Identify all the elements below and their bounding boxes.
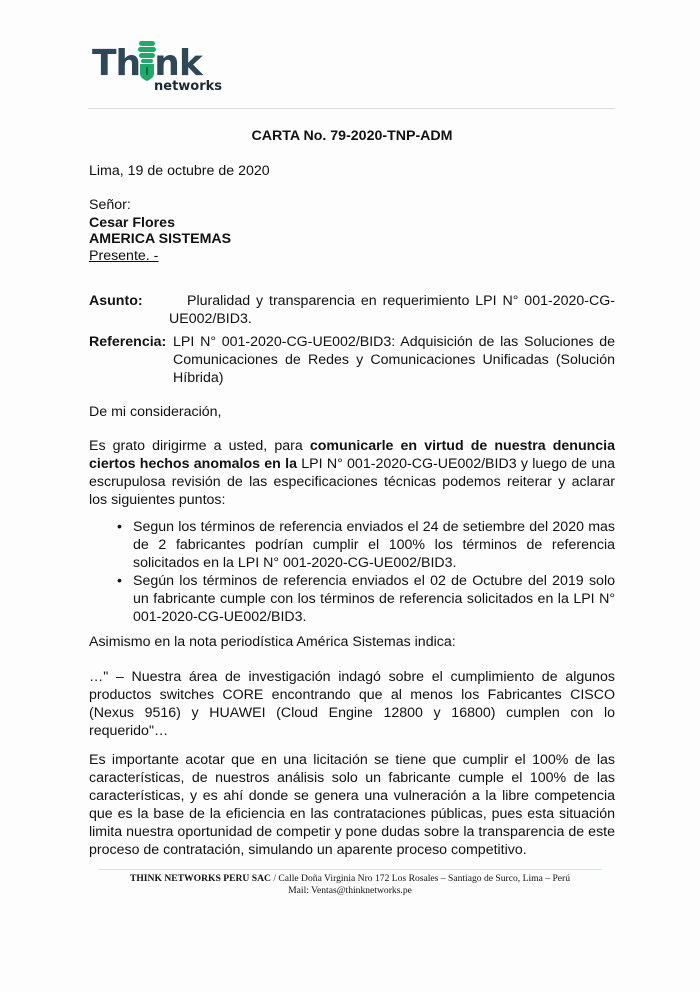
footer-divider — [98, 869, 602, 870]
bullet-icon: • — [117, 572, 122, 590]
letter-date: Lima, 19 de octubre de 2020 — [89, 162, 270, 180]
footer-address-line: THINK NETWORKS PERU SAC / Calle Doña Vir… — [0, 873, 700, 885]
nota-intro: Asimismo en la nota periodística América… — [89, 633, 456, 651]
company-logo: Thnk networks — [92, 40, 212, 100]
letter-title: CARTA No. 79-2020-TNP-ADM — [89, 127, 615, 145]
bullet-icon: • — [117, 518, 122, 536]
subject-value: Pluralidad y transparencia en requerimie… — [169, 292, 615, 328]
list-item-text: Segun los términos de referencia enviado… — [133, 519, 615, 571]
logo-subtext: networks — [154, 80, 222, 94]
presente-line: Presente. - — [89, 247, 158, 265]
intro-paragraph: Es grato dirigirme a usted, para comunic… — [89, 437, 615, 509]
salutation-label: Señor: — [89, 196, 131, 214]
logo-text-suffix: nk — [154, 43, 202, 84]
reference-value: LPI N° 001-2020-CG-UE002/BID3: Adquisici… — [173, 333, 615, 387]
greeting: De mi consideración, — [89, 403, 221, 421]
points-list: •Segun los términos de referencia enviad… — [89, 518, 615, 626]
closing-paragraph: Es importante acotar que en una licitaci… — [89, 751, 615, 859]
footer-address: / Calle Doña Virginia Nro 172 Los Rosale… — [271, 873, 570, 884]
list-item: •Segun los términos de referencia enviad… — [89, 518, 615, 572]
letter-footer: THINK NETWORKS PERU SAC / Calle Doña Vir… — [0, 873, 700, 897]
recipient-company: AMERICA SISTEMAS — [89, 230, 231, 248]
footer-company: THINK NETWORKS PERU SAC — [130, 873, 271, 884]
reference-row: Referencia: LPI N° 001-2020-CG-UE002/BID… — [89, 333, 615, 387]
list-item: •Según los términos de referencia enviad… — [89, 572, 615, 626]
header-divider — [88, 108, 615, 109]
reference-label: Referencia: — [89, 333, 173, 387]
lightbulb-icon — [136, 40, 158, 82]
intro-text-1: Es grato dirigirme a usted, para — [89, 438, 310, 454]
subject-row: Asunto: Pluralidad y transparencia en re… — [89, 292, 615, 328]
footer-mail: Mail: Ventas@thinknetworks.pe — [0, 885, 700, 897]
logo-text-prefix: Th — [92, 43, 140, 84]
quoted-text: …" – Nuestra área de investigación indag… — [89, 668, 615, 740]
subject-label: Asunto: — [89, 292, 169, 328]
list-item-text: Según los términos de referencia enviado… — [133, 573, 615, 625]
